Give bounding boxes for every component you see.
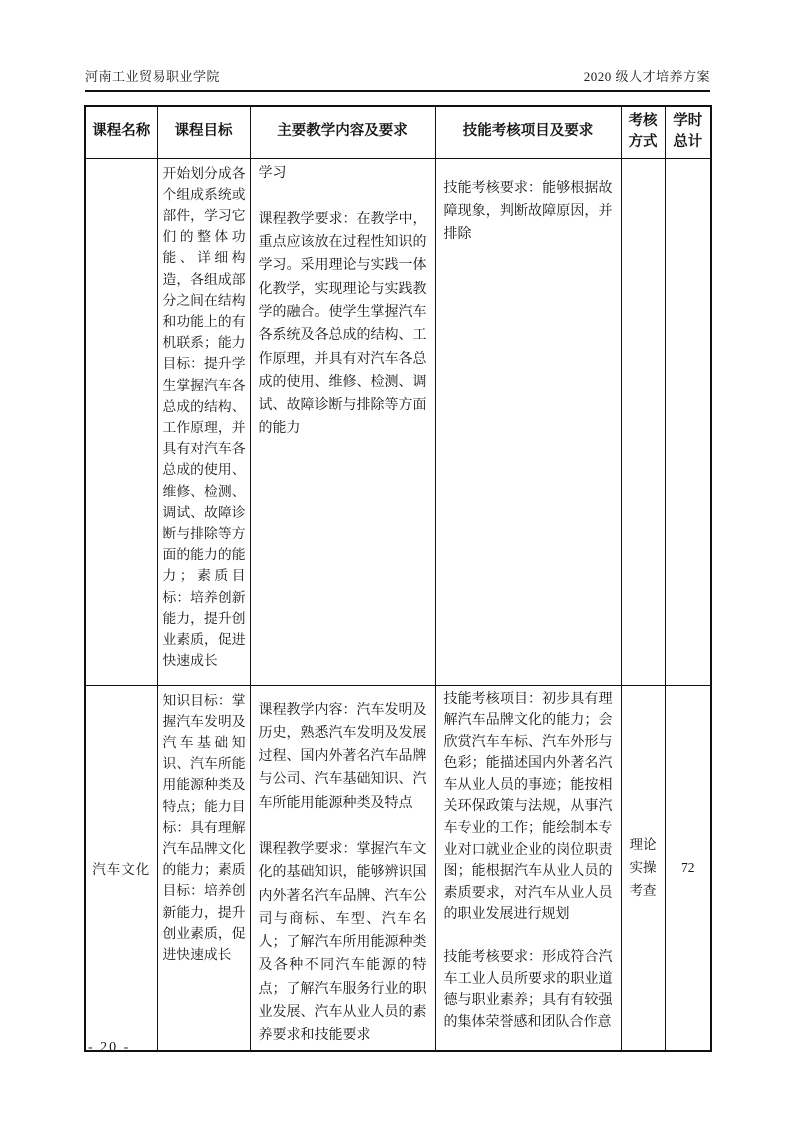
skill-assessment-cell: 技能考核项目：初步具有理解汽车品牌文化的能力；会欣赏汽车车标、汽车外形与色彩；能… bbox=[435, 685, 621, 1051]
assessment-method-cell: 理论 实操 考查 bbox=[621, 685, 665, 1051]
header-school-name: 河南工业贸易职业学院 bbox=[85, 66, 220, 85]
assessment-paragraph: 技能考核项目：初步具有理解汽车品牌文化的能力；会欣赏汽车车标、汽车外形与色彩；能… bbox=[444, 689, 613, 927]
teaching-content-cell: 学习 课程教学要求：在教学中，重点应该放在过程性知识的学习。采用理论与实践一体化… bbox=[250, 158, 435, 685]
page-number: - 20 - bbox=[88, 1040, 130, 1056]
assessment-method-cell bbox=[621, 158, 665, 685]
content-paragraph: 课程教学要求：掌握汽车文化的基础知识，能够辨识国内外著名汽车品牌、汽车公司与商标… bbox=[259, 838, 427, 1048]
page-header: 河南工业贸易职业学院 2020 级人才培养方案 bbox=[85, 66, 710, 92]
content-paragraph: 课程教学要求：在教学中，重点应该放在过程性知识的学习。采用理论与实践一体化教学，… bbox=[259, 208, 427, 441]
table-header-row: 课程名称 课程目标 主要教学内容及要求 技能考核项目及要求 考核 方式 学时 总… bbox=[85, 106, 711, 158]
table-row: 开始划分成各个组成系统或部件，学习它们的整体功能、详细构造，各组成部分之间在结构… bbox=[85, 158, 711, 685]
skill-assessment-cell: 技能考核要求：能够根据故障现象，判断故障原因，并排除 bbox=[435, 158, 621, 685]
column-header-objectives: 课程目标 bbox=[157, 106, 250, 158]
content-paragraph: 课程教学内容：汽车发明及历史，熟悉汽车发明及发展过程、国内外著名汽车品牌与公司、… bbox=[259, 699, 427, 815]
content-paragraph: 学习 bbox=[259, 162, 427, 185]
column-header-skill-assessment: 技能考核项目及要求 bbox=[435, 106, 621, 158]
course-objectives-cell: 开始划分成各个组成系统或部件，学习它们的整体功能、详细构造，各组成部分之间在结构… bbox=[157, 158, 250, 685]
course-table: 课程名称 课程目标 主要教学内容及要求 技能考核项目及要求 考核 方式 学时 总… bbox=[84, 105, 712, 1052]
header-doc-title: 2020 级人才培养方案 bbox=[584, 66, 710, 85]
assessment-paragraph: 技能考核要求：形成符合汽车工业人员所要求的职业道德与职业素养；具有有较强的集体荣… bbox=[444, 947, 613, 1033]
document-page: 河南工业贸易职业学院 2020 级人才培养方案 课程名称 课程目标 主要教学内容… bbox=[0, 0, 793, 1122]
column-header-assessment-method: 考核 方式 bbox=[621, 106, 665, 158]
course-name-cell: 汽车文化 bbox=[85, 685, 157, 1051]
table-row: 汽车文化 知识目标：掌握汽车发明及汽车基础知识、汽车所能用能源种类及特点；能力目… bbox=[85, 685, 711, 1051]
course-objectives-cell: 知识目标：掌握汽车发明及汽车基础知识、汽车所能用能源种类及特点；能力目标：具有理… bbox=[157, 685, 250, 1051]
column-header-total-hours: 学时 总计 bbox=[665, 106, 711, 158]
teaching-content-cell: 课程教学内容：汽车发明及历史，熟悉汽车发明及发展过程、国内外著名汽车品牌与公司、… bbox=[250, 685, 435, 1051]
course-name-cell bbox=[85, 158, 157, 685]
column-header-course-name: 课程名称 bbox=[85, 106, 157, 158]
total-hours-cell: 72 bbox=[665, 685, 711, 1051]
total-hours-cell bbox=[665, 158, 711, 685]
column-header-teaching-content: 主要教学内容及要求 bbox=[250, 106, 435, 158]
assessment-paragraph: 技能考核要求：能够根据故障现象，判断故障原因，并排除 bbox=[444, 177, 613, 247]
